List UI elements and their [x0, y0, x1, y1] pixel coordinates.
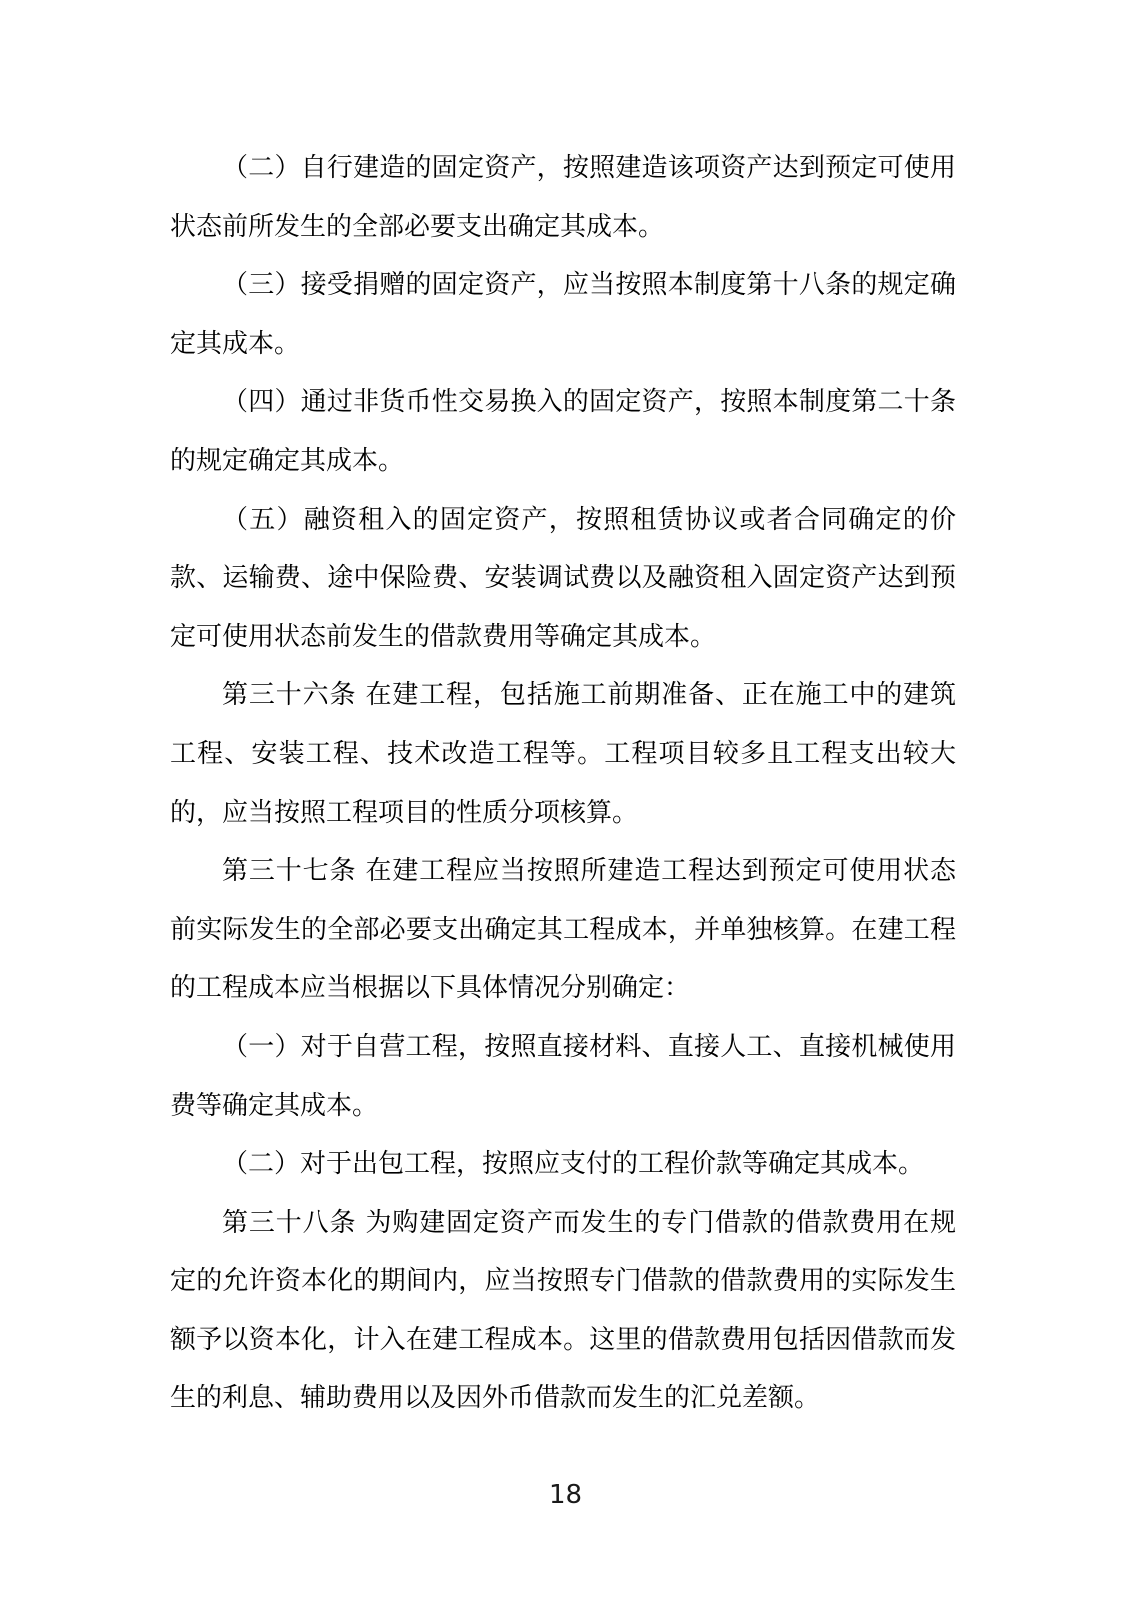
- paragraph-item-3-donated-assets: （三）接受捐赠的固定资产，应当按照本制度第十八条的规定确定其成本。: [170, 256, 956, 373]
- paragraph-item-4-nonmonetary-exchange: （四）通过非货币性交易换入的固定资产，按照本制度第二十条的规定确定其成本。: [170, 373, 956, 490]
- paragraph-article-36: 第三十六条 在建工程，包括施工前期准备、正在施工中的建筑工程、安装工程、技术改造…: [170, 666, 956, 842]
- paragraph-item-2-self-built-assets: （二）自行建造的固定资产，按照建造该项资产达到预定可使用状态前所发生的全部必要支…: [170, 139, 956, 256]
- document-body: （二）自行建造的固定资产，按照建造该项资产达到预定可使用状态前所发生的全部必要支…: [170, 139, 956, 1428]
- paragraph-item-5-finance-leased-assets: （五）融资租入的固定资产，按照租赁协议或者合同确定的价款、运输费、途中保险费、安…: [170, 491, 956, 667]
- paragraph-item-1-self-operated-projects: （一）对于自营工程，按照直接材料、直接人工、直接机械使用费等确定其成本。: [170, 1018, 956, 1135]
- paragraph-article-38: 第三十八条 为购建固定资产而发生的专门借款的借款费用在规定的允许资本化的期间内，…: [170, 1194, 956, 1428]
- paragraph-article-37: 第三十七条 在建工程应当按照所建造工程达到预定可使用状态前实际发生的全部必要支出…: [170, 842, 956, 1018]
- page-number: 18: [0, 1480, 1131, 1510]
- paragraph-item-2-contracted-projects: （二）对于出包工程，按照应支付的工程价款等确定其成本。: [170, 1135, 956, 1194]
- document-page: （二）自行建造的固定资产，按照建造该项资产达到预定可使用状态前所发生的全部必要支…: [0, 0, 1131, 1600]
